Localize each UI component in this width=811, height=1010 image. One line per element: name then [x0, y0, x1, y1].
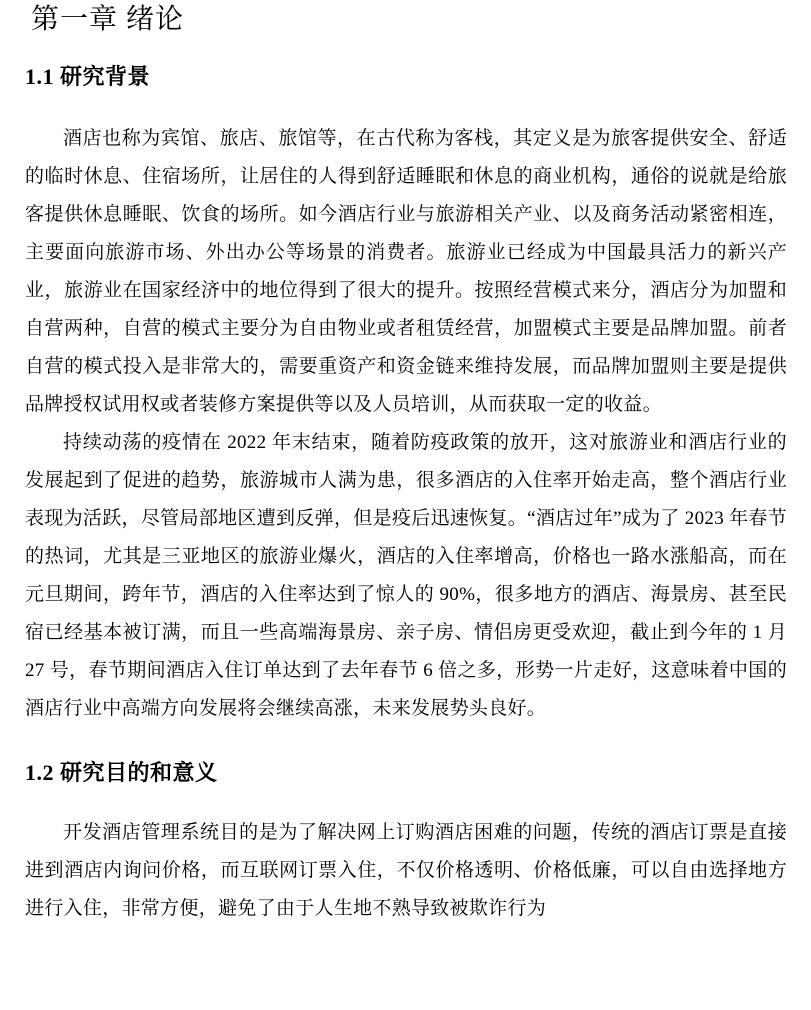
- paragraph-research-background-1: 酒店也称为宾馆、旅店、旅馆等，在古代称为客栈，其定义是为旅客提供安全、舒适的临时…: [25, 120, 787, 424]
- paragraph-research-background-2: 持续动荡的疫情在 2022 年末结束，随着防疫政策的放开，这对旅游业和酒店行业的…: [25, 424, 787, 728]
- section-heading-1-1: 1.1 研究背景: [25, 62, 787, 92]
- section-heading-1-2: 1.2 研究目的和意义: [25, 758, 787, 788]
- paragraph-research-purpose-1: 开发酒店管理系统目的是为了解决网上订购酒店困难的问题，传统的酒店订票是直接进到酒…: [25, 814, 787, 928]
- chapter-title: 第一章 绪论: [31, 2, 787, 38]
- document-page: 第一章 绪论 1.1 研究背景 酒店也称为宾馆、旅店、旅馆等，在古代称为客栈，其…: [0, 2, 811, 1010]
